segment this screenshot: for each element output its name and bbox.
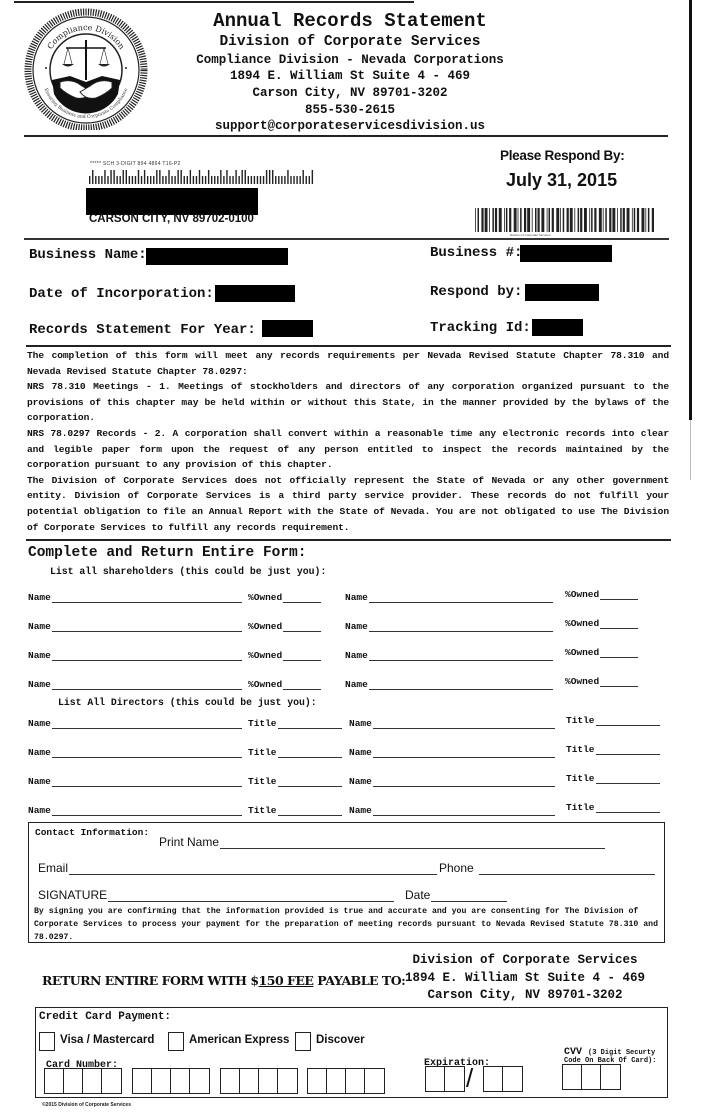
shareholder-owned-field[interactable]: %Owned xyxy=(565,589,638,600)
director-title-field[interactable]: Title xyxy=(248,747,342,758)
respond-by-date: July 31, 2015 xyxy=(506,170,617,191)
director-name-field-label: Name xyxy=(349,805,372,816)
business-number-redacted xyxy=(520,245,612,262)
director-title-field[interactable]: Title xyxy=(566,802,660,813)
director-name-field[interactable]: Name xyxy=(28,805,242,816)
cvv-label: CVV (3 Digit Securty Code On Back Of Car… xyxy=(564,1049,656,1065)
director-name-field-label: Name xyxy=(28,747,51,758)
mail-sort-code: ***** SCH 3-DIGIT 894 4864 T16-P2 xyxy=(90,161,181,167)
contact-information-box: Contact Information: Print Name Email Ph… xyxy=(28,822,665,943)
shareholder-name-field[interactable]: Name xyxy=(28,650,242,661)
email-label: Email xyxy=(38,861,68,875)
shareholder-name-field[interactable]: Name xyxy=(28,621,242,632)
date-of-incorporation-label: Date of Incorporation: xyxy=(29,286,214,302)
visa-mastercard-label: Visa / Mastercard xyxy=(60,1034,154,1046)
shareholder-owned-field-label: %Owned xyxy=(248,650,282,661)
director-title-field-label: Title xyxy=(248,718,277,729)
header-rule xyxy=(24,135,668,137)
form-title: Complete and Return Entire Form: xyxy=(28,545,306,561)
director-name-field-label: Name xyxy=(28,805,51,816)
shareholder-name-field[interactable]: Name xyxy=(28,592,242,603)
shareholder-name-field[interactable]: Name xyxy=(345,592,553,603)
respond-by-redacted xyxy=(525,284,599,301)
shareholder-owned-field-label: %Owned xyxy=(248,679,282,690)
expiration-year[interactable] xyxy=(483,1066,523,1092)
copyright: ©2015 Division of Corporate Services xyxy=(42,1102,131,1108)
date-field[interactable]: Date xyxy=(405,888,507,902)
director-title-field-label: Title xyxy=(248,747,277,758)
top-rule xyxy=(14,1,414,3)
business-name-label: Business Name: xyxy=(29,247,147,263)
shareholder-name-field[interactable]: Name xyxy=(345,621,553,632)
shareholder-owned-field-label: %Owned xyxy=(565,647,599,658)
shareholder-name-field[interactable]: Name xyxy=(28,679,242,690)
phone-label: Phone xyxy=(439,861,474,875)
card-number-group-4[interactable] xyxy=(307,1068,385,1094)
shareholder-name-field-label: Name xyxy=(28,650,51,661)
director-title-field[interactable]: Title xyxy=(248,718,342,729)
cvv-input[interactable] xyxy=(562,1064,621,1090)
return-address-name: Division of Corporate Services xyxy=(395,953,655,967)
header-division: Compliance Division - Nevada Corporation… xyxy=(170,53,530,67)
date-label: Date xyxy=(405,888,430,902)
records-year-redacted xyxy=(262,320,313,337)
contact-information-label: Contact Information: xyxy=(35,827,149,838)
shareholder-owned-field[interactable]: %Owned xyxy=(248,650,321,661)
records-year-label: Records Statement For Year: xyxy=(29,322,256,338)
signature-label: SIGNATURE xyxy=(38,888,107,902)
respond-by-field-label: Respond by: xyxy=(430,284,522,300)
page-right-border xyxy=(689,0,692,420)
postal-barcode-icon xyxy=(88,170,314,184)
shareholder-owned-field-label: %Owned xyxy=(248,592,282,603)
shareholder-owned-field-label: %Owned xyxy=(565,589,599,600)
page-right-border-fade xyxy=(690,420,691,480)
shareholder-owned-field-label: %Owned xyxy=(248,621,282,632)
document-title: Annual Records Statement xyxy=(170,10,530,32)
shareholder-owned-field[interactable]: %Owned xyxy=(565,647,638,658)
shareholder-owned-field[interactable]: %Owned xyxy=(248,592,321,603)
director-title-field-label: Title xyxy=(248,776,277,787)
card-number-group-2[interactable] xyxy=(132,1068,210,1094)
business-number-label: Business #: xyxy=(430,245,522,261)
disclosure-third-party: The Division of Corporate Services does … xyxy=(27,473,669,535)
american-express-checkbox[interactable] xyxy=(168,1032,184,1051)
director-title-field[interactable]: Title xyxy=(566,773,660,784)
discover-checkbox[interactable] xyxy=(295,1032,311,1051)
organization-name: Division of Corporate Services xyxy=(170,34,530,50)
shareholder-name-field-label: Name xyxy=(28,679,51,690)
respond-by-label: Please Respond By: xyxy=(500,148,624,163)
header-city: Carson City, NV 89701-3202 xyxy=(170,86,530,100)
return-address-city: Carson City, NV 89701-3202 xyxy=(395,988,655,1002)
director-name-field[interactable]: Name xyxy=(349,718,555,729)
section-rule xyxy=(26,539,671,541)
header-street: 1894 E. William St Suite 4 - 469 xyxy=(170,69,530,83)
disclosure-nrs-78-310: NRS 78.310 Meetings - 1. Meetings of sto… xyxy=(27,379,669,426)
visa-mastercard-checkbox[interactable] xyxy=(39,1032,55,1051)
shareholder-owned-field-label: %Owned xyxy=(565,618,599,629)
legal-disclosure: The completion of this form will meet an… xyxy=(27,348,669,535)
director-title-field-label: Title xyxy=(566,802,595,813)
business-name-redacted xyxy=(146,248,288,265)
shareholder-owned-field[interactable]: %Owned xyxy=(565,618,638,629)
expiration-month[interactable] xyxy=(425,1066,465,1092)
return-address-street: 1894 E. William St Suite 4 - 469 xyxy=(395,971,655,985)
return-instructions: RETURN ENTIRE FORM WITH $150 FEE PAYABLE… xyxy=(42,973,405,988)
card-number-group-1[interactable] xyxy=(44,1068,122,1094)
credit-card-payment-box: Credit Card Payment: Visa / Mastercard A… xyxy=(35,1007,668,1098)
tracking-barcode-icon xyxy=(475,208,655,232)
shareholder-owned-field[interactable]: %Owned xyxy=(248,679,321,690)
card-number-group-3[interactable] xyxy=(220,1068,298,1094)
discover-label: Discover xyxy=(316,1034,365,1046)
disclosure-intro: The completion of this form will meet an… xyxy=(27,348,669,379)
tracking-id-redacted xyxy=(532,319,583,336)
consent-text: By signing you are confirming that the i… xyxy=(34,905,659,944)
phone-field[interactable]: Phone xyxy=(439,861,655,875)
date-of-incorporation-redacted xyxy=(215,285,295,302)
shareholder-name-field-label: Name xyxy=(345,679,368,690)
director-name-field[interactable]: Name xyxy=(349,747,555,758)
recipient-address-redacted xyxy=(86,188,258,215)
shareholders-label: List all shareholders (this could be jus… xyxy=(50,566,326,577)
director-name-field-label: Name xyxy=(349,776,372,787)
director-title-field[interactable]: Title xyxy=(248,805,342,816)
shareholder-name-field[interactable]: Name xyxy=(345,650,553,661)
shareholder-name-field-label: Name xyxy=(345,650,368,661)
header-email: support@corporateservicesdivision.us xyxy=(170,119,530,133)
print-name-label: Print Name xyxy=(159,835,219,849)
director-name-field[interactable]: Name xyxy=(28,776,242,787)
disclosure-nrs-78-0297: NRS 78.0297 Records - 2. A corporation s… xyxy=(27,426,669,473)
directors-label: List All Directors (this could be just y… xyxy=(58,697,317,708)
director-name-field[interactable]: Name xyxy=(28,747,242,758)
director-name-field-label: Name xyxy=(28,776,51,787)
email-field[interactable]: Email xyxy=(38,861,437,875)
shareholder-name-field-label: Name xyxy=(28,592,51,603)
director-title-field[interactable]: Title xyxy=(248,776,342,787)
compliance-division-seal-icon: Compliance Division Ensuring Business an… xyxy=(22,8,150,130)
director-name-field-label: Name xyxy=(349,718,372,729)
print-name-field[interactable]: Print Name xyxy=(159,835,605,849)
section-rule xyxy=(24,238,669,240)
director-title-field[interactable]: Title xyxy=(566,715,660,726)
director-title-field-label: Title xyxy=(248,805,277,816)
director-name-field[interactable]: Name xyxy=(349,776,555,787)
director-title-field-label: Title xyxy=(566,715,595,726)
director-title-field[interactable]: Title xyxy=(566,744,660,755)
director-name-field[interactable]: Name xyxy=(28,718,242,729)
shareholder-name-field-label: Name xyxy=(345,621,368,632)
shareholder-name-field-label: Name xyxy=(28,621,51,632)
expiration-separator: / xyxy=(466,1063,473,1094)
shareholder-owned-field-label: %Owned xyxy=(565,676,599,687)
shareholder-owned-field[interactable]: %Owned xyxy=(565,676,638,687)
shareholder-name-field-label: Name xyxy=(345,592,368,603)
fee-amount: 150 FEE xyxy=(259,973,314,988)
director-title-field-label: Title xyxy=(566,744,595,755)
director-name-field-label: Name xyxy=(349,747,372,758)
director-name-field[interactable]: Name xyxy=(349,805,555,816)
recipient-city: CARSON CITY, NV 89702-0100 xyxy=(89,213,254,225)
american-express-label: American Express xyxy=(189,1034,289,1046)
director-name-field-label: Name xyxy=(28,718,51,729)
section-rule xyxy=(26,345,671,347)
header-phone: 855-530-2615 xyxy=(170,103,530,117)
barcode-caption: Division of Corporate Services xyxy=(510,233,550,237)
shareholder-owned-field[interactable]: %Owned xyxy=(248,621,321,632)
director-title-field-label: Title xyxy=(566,773,595,784)
signature-field[interactable]: SIGNATURE xyxy=(38,888,394,902)
shareholder-name-field[interactable]: Name xyxy=(345,679,553,690)
tracking-id-label: Tracking Id: xyxy=(430,320,531,336)
credit-card-title: Credit Card Payment: xyxy=(39,1011,171,1023)
